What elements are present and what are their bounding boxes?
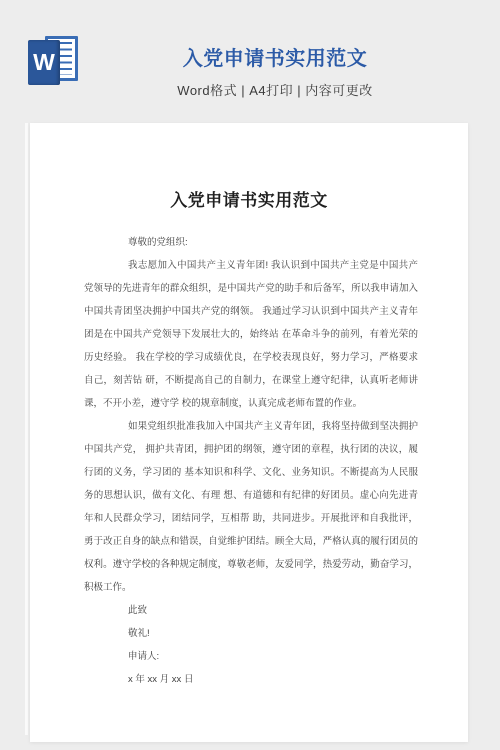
document-paragraph: 申请人: (84, 645, 418, 668)
header: W 入党申请书实用范文 Word格式 | A4打印 | 内容可更改 (0, 0, 500, 123)
header-text-block: 入党申请书实用范文 Word格式 | A4打印 | 内容可更改 (50, 42, 500, 99)
page-edge-strip (25, 123, 28, 735)
document-paragraph: 敬礼! (84, 622, 418, 645)
document-page: 入党申请书实用范文 尊敬的党组织:我志愿加入中国共产主义青年团! 我认识到中国共… (30, 123, 468, 742)
document-body: 尊敬的党组织:我志愿加入中国共产主义青年团! 我认识到中国共产主党是中国共产党领… (30, 231, 468, 691)
document-paragraph: x 年 xx 月 xx 日 (84, 668, 418, 691)
document-paragraph: 如果党组织批准我加入中国共产主义青年团，我将坚持做到坚决拥护中国共产党， 拥护共… (84, 415, 418, 599)
document-paragraph: 尊敬的党组织: (84, 231, 418, 254)
document-paragraph: 我志愿加入中国共产主义青年团! 我认识到中国共产主党是中国共产党领导的先进青年的… (84, 254, 418, 415)
page-root: { "header": { "icon_letter": "W", "title… (0, 0, 500, 750)
document-paragraph: 此致 (84, 599, 418, 622)
page-subtitle: Word格式 | A4打印 | 内容可更改 (50, 80, 500, 99)
document-title: 入党申请书实用范文 (30, 191, 468, 211)
page-title: 入党申请书实用范文 (50, 42, 500, 71)
